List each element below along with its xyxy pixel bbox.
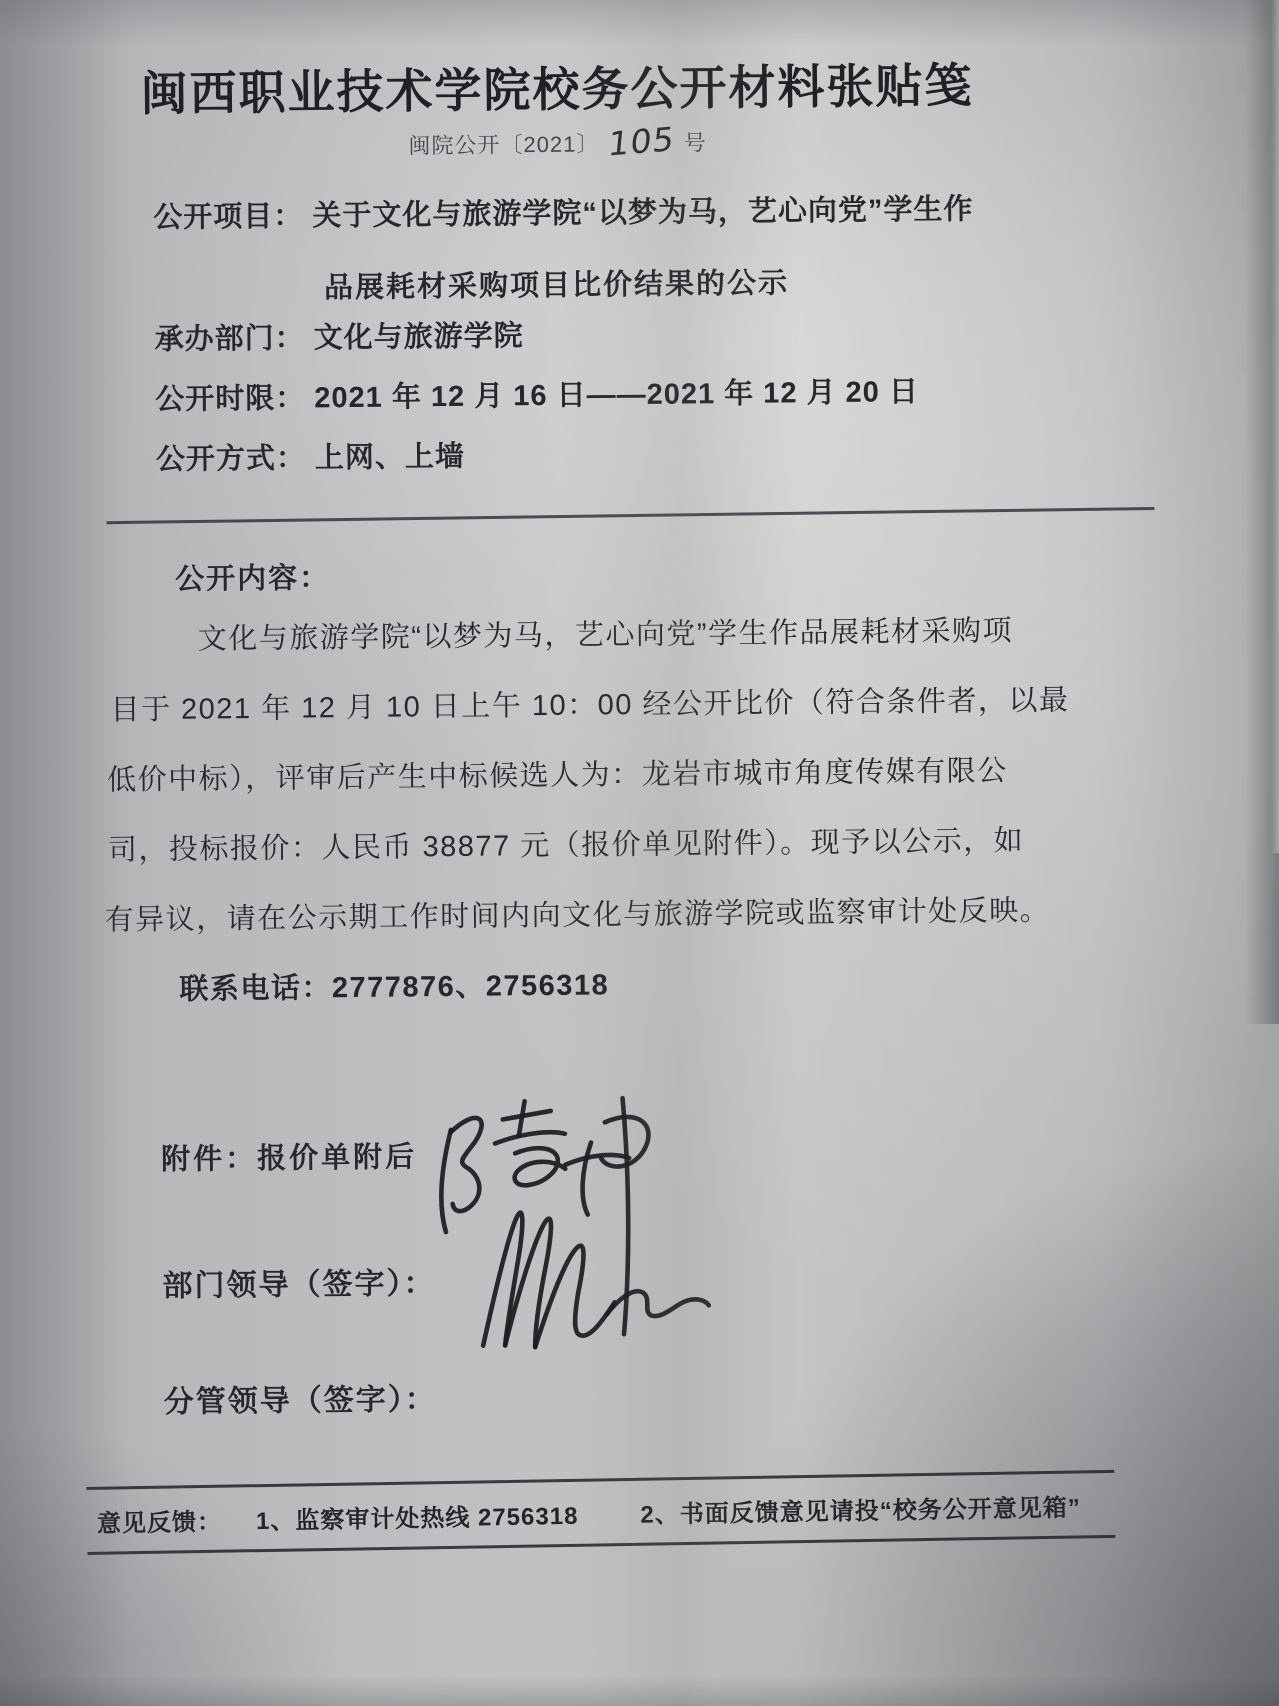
content-line: 司，投标报价：人民币 38877 元（报价单见附件）。现予以公示，如 xyxy=(108,818,1025,869)
sign-dept-label: 部门领导（签字）： xyxy=(162,1258,435,1305)
field-department-value: 文化与旅游学院 xyxy=(314,320,524,354)
field-period: 公开时限： 2021 年 12 月 16 日——2021 年 12 月 20 日 xyxy=(155,369,919,418)
content-line: 有异议，请在公示期工作时间内向文化与旅游学院或监察审计处反映。 xyxy=(104,888,1050,939)
signature-super-leader xyxy=(482,1211,709,1348)
attachment-line: 附件：报价单附后 xyxy=(161,1134,417,1178)
feedback-label: 意见反馈： xyxy=(97,1501,223,1538)
field-method: 公开方式： 上网、上墙 xyxy=(156,434,466,478)
field-project-value-line2: 品展耗材采购项目比价结果的公示 xyxy=(324,260,789,306)
content-line: 低价中标），评审后产生中标候选人为：龙岩市城市角度传媒有限公 xyxy=(107,748,1008,798)
document-page: 闽西职业技术学院校务公开材料张贴笺 闽院公开〔2021〕 105 号 公开项目：… xyxy=(0,0,1279,1706)
field-period-value: 2021 年 12 月 16 日——2021 年 12 月 20 日 xyxy=(314,376,919,414)
field-project: 公开项目： 关于文化与旅游学院“以梦为马，艺心向党”学生作 xyxy=(153,186,973,236)
doc-number-handwritten: 105 xyxy=(606,119,676,163)
doc-number-suffix: 号 xyxy=(684,130,707,155)
field-method-label: 公开方式： xyxy=(156,442,306,476)
field-period-label: 公开时限： xyxy=(155,382,305,416)
content-line: 目于 2021 年 12 月 10 日上午 10：00 经公开比价（符合条件者，… xyxy=(110,677,1069,728)
feedback-footer: 意见反馈： 1、监察审计处热线 2756318 2、书面反馈意见请投“校务公开意… xyxy=(86,1470,1115,1555)
sign-super-label: 分管领导（签字）： xyxy=(163,1374,436,1421)
content-line: 文化与旅游学院“以梦为马，艺心向党”学生作品展耗材采购项 xyxy=(198,608,1014,658)
page-title: 闽西职业技术学院校务公开材料张贴笺 xyxy=(0,47,1122,126)
field-project-label: 公开项目： xyxy=(153,200,303,234)
content-heading: 公开内容： xyxy=(175,555,330,598)
doc-number-prefix: 闽院公开〔2021〕 xyxy=(408,131,599,158)
field-department: 承办部门： 文化与旅游学院 xyxy=(154,313,524,358)
field-method-value: 上网、上墙 xyxy=(315,441,465,475)
signature-dept-leader xyxy=(440,1098,650,1336)
feedback-item-hotline: 1、监察审计处热线 2756318 xyxy=(256,1495,579,1535)
feedback-item-mailbox: 2、书面反馈意见请投“校务公开意见箱” xyxy=(640,1487,1081,1529)
section-divider xyxy=(106,507,1154,524)
document-photo: 闽西职业技术学院校务公开材料张贴笺 闽院公开〔2021〕 105 号 公开项目：… xyxy=(0,0,1279,1706)
contact-line: 联系电话：2777876、2756318 xyxy=(179,962,609,1007)
field-project-value: 关于文化与旅游学院“以梦为马，艺心向党”学生作 xyxy=(312,193,973,232)
field-department-label: 承办部门： xyxy=(154,322,304,356)
